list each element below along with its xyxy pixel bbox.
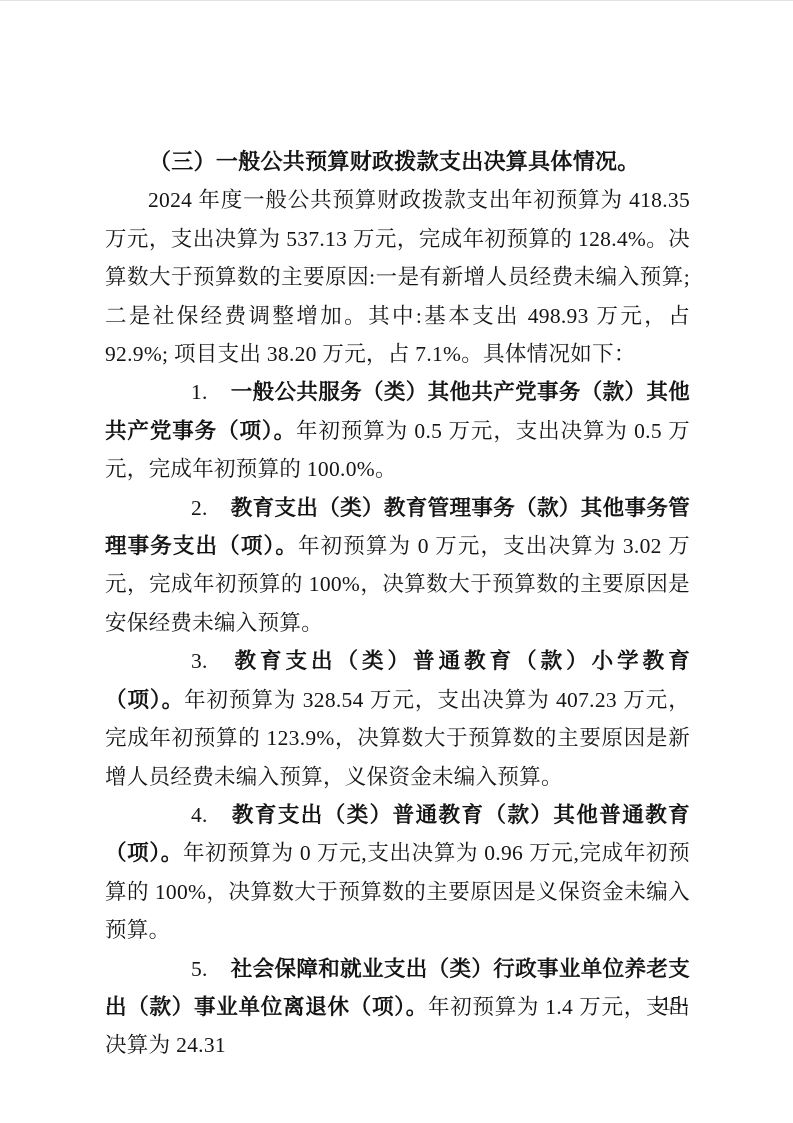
budget-item-paragraph: 5.社会保障和就业支出（类）行政事业单位养老支出（款）事业单位离退休（项）。年初… [105, 950, 690, 1065]
budget-item-paragraph: 3.教育支出（类）普通教育（款）小学教育（项）。年初预算为 328.54 万元，… [105, 642, 690, 796]
item-number: 2. [148, 489, 208, 527]
item-body: 年初预算为 0 万元,支出决算为 0.96 万元,完成年初预算的 100%，决算… [105, 841, 690, 942]
page-number: -15- [654, 993, 689, 1016]
document-content: （三）一般公共预算财政拨款支出决算具体情况。 2024 年度一般公共预算财政拨款… [105, 143, 690, 1065]
intro-paragraph: 2024 年度一般公共预算财政拨款支出年初预算为 418.35 万元，支出决算为… [105, 181, 690, 373]
item-body: 年初预算为 328.54 万元，支出决算为 407.23 万元，完成年初预算的 … [105, 688, 690, 789]
item-number: 5. [148, 950, 208, 988]
budget-item-paragraph: 1.一般公共服务（类）其他共产党事务（款）其他共产党事务（项）。年初预算为 0.… [105, 373, 690, 488]
item-number: 4. [148, 796, 208, 834]
budget-item-paragraph: 4.教育支出（类）普通教育（款）其他普通教育（项）。年初预算为 0 万元,支出决… [105, 796, 690, 950]
item-number: 3. [148, 642, 208, 680]
item-number: 1. [148, 373, 208, 411]
budget-item-paragraph: 2.教育支出（类）教育管理事务（款）其他事务管理事务支出（项）。年初预算为 0 … [105, 489, 690, 643]
document-page: （三）一般公共预算财政拨款支出决算具体情况。 2024 年度一般公共预算财政拨款… [0, 0, 793, 1123]
section-heading: （三）一般公共预算财政拨款支出决算具体情况。 [105, 143, 690, 181]
